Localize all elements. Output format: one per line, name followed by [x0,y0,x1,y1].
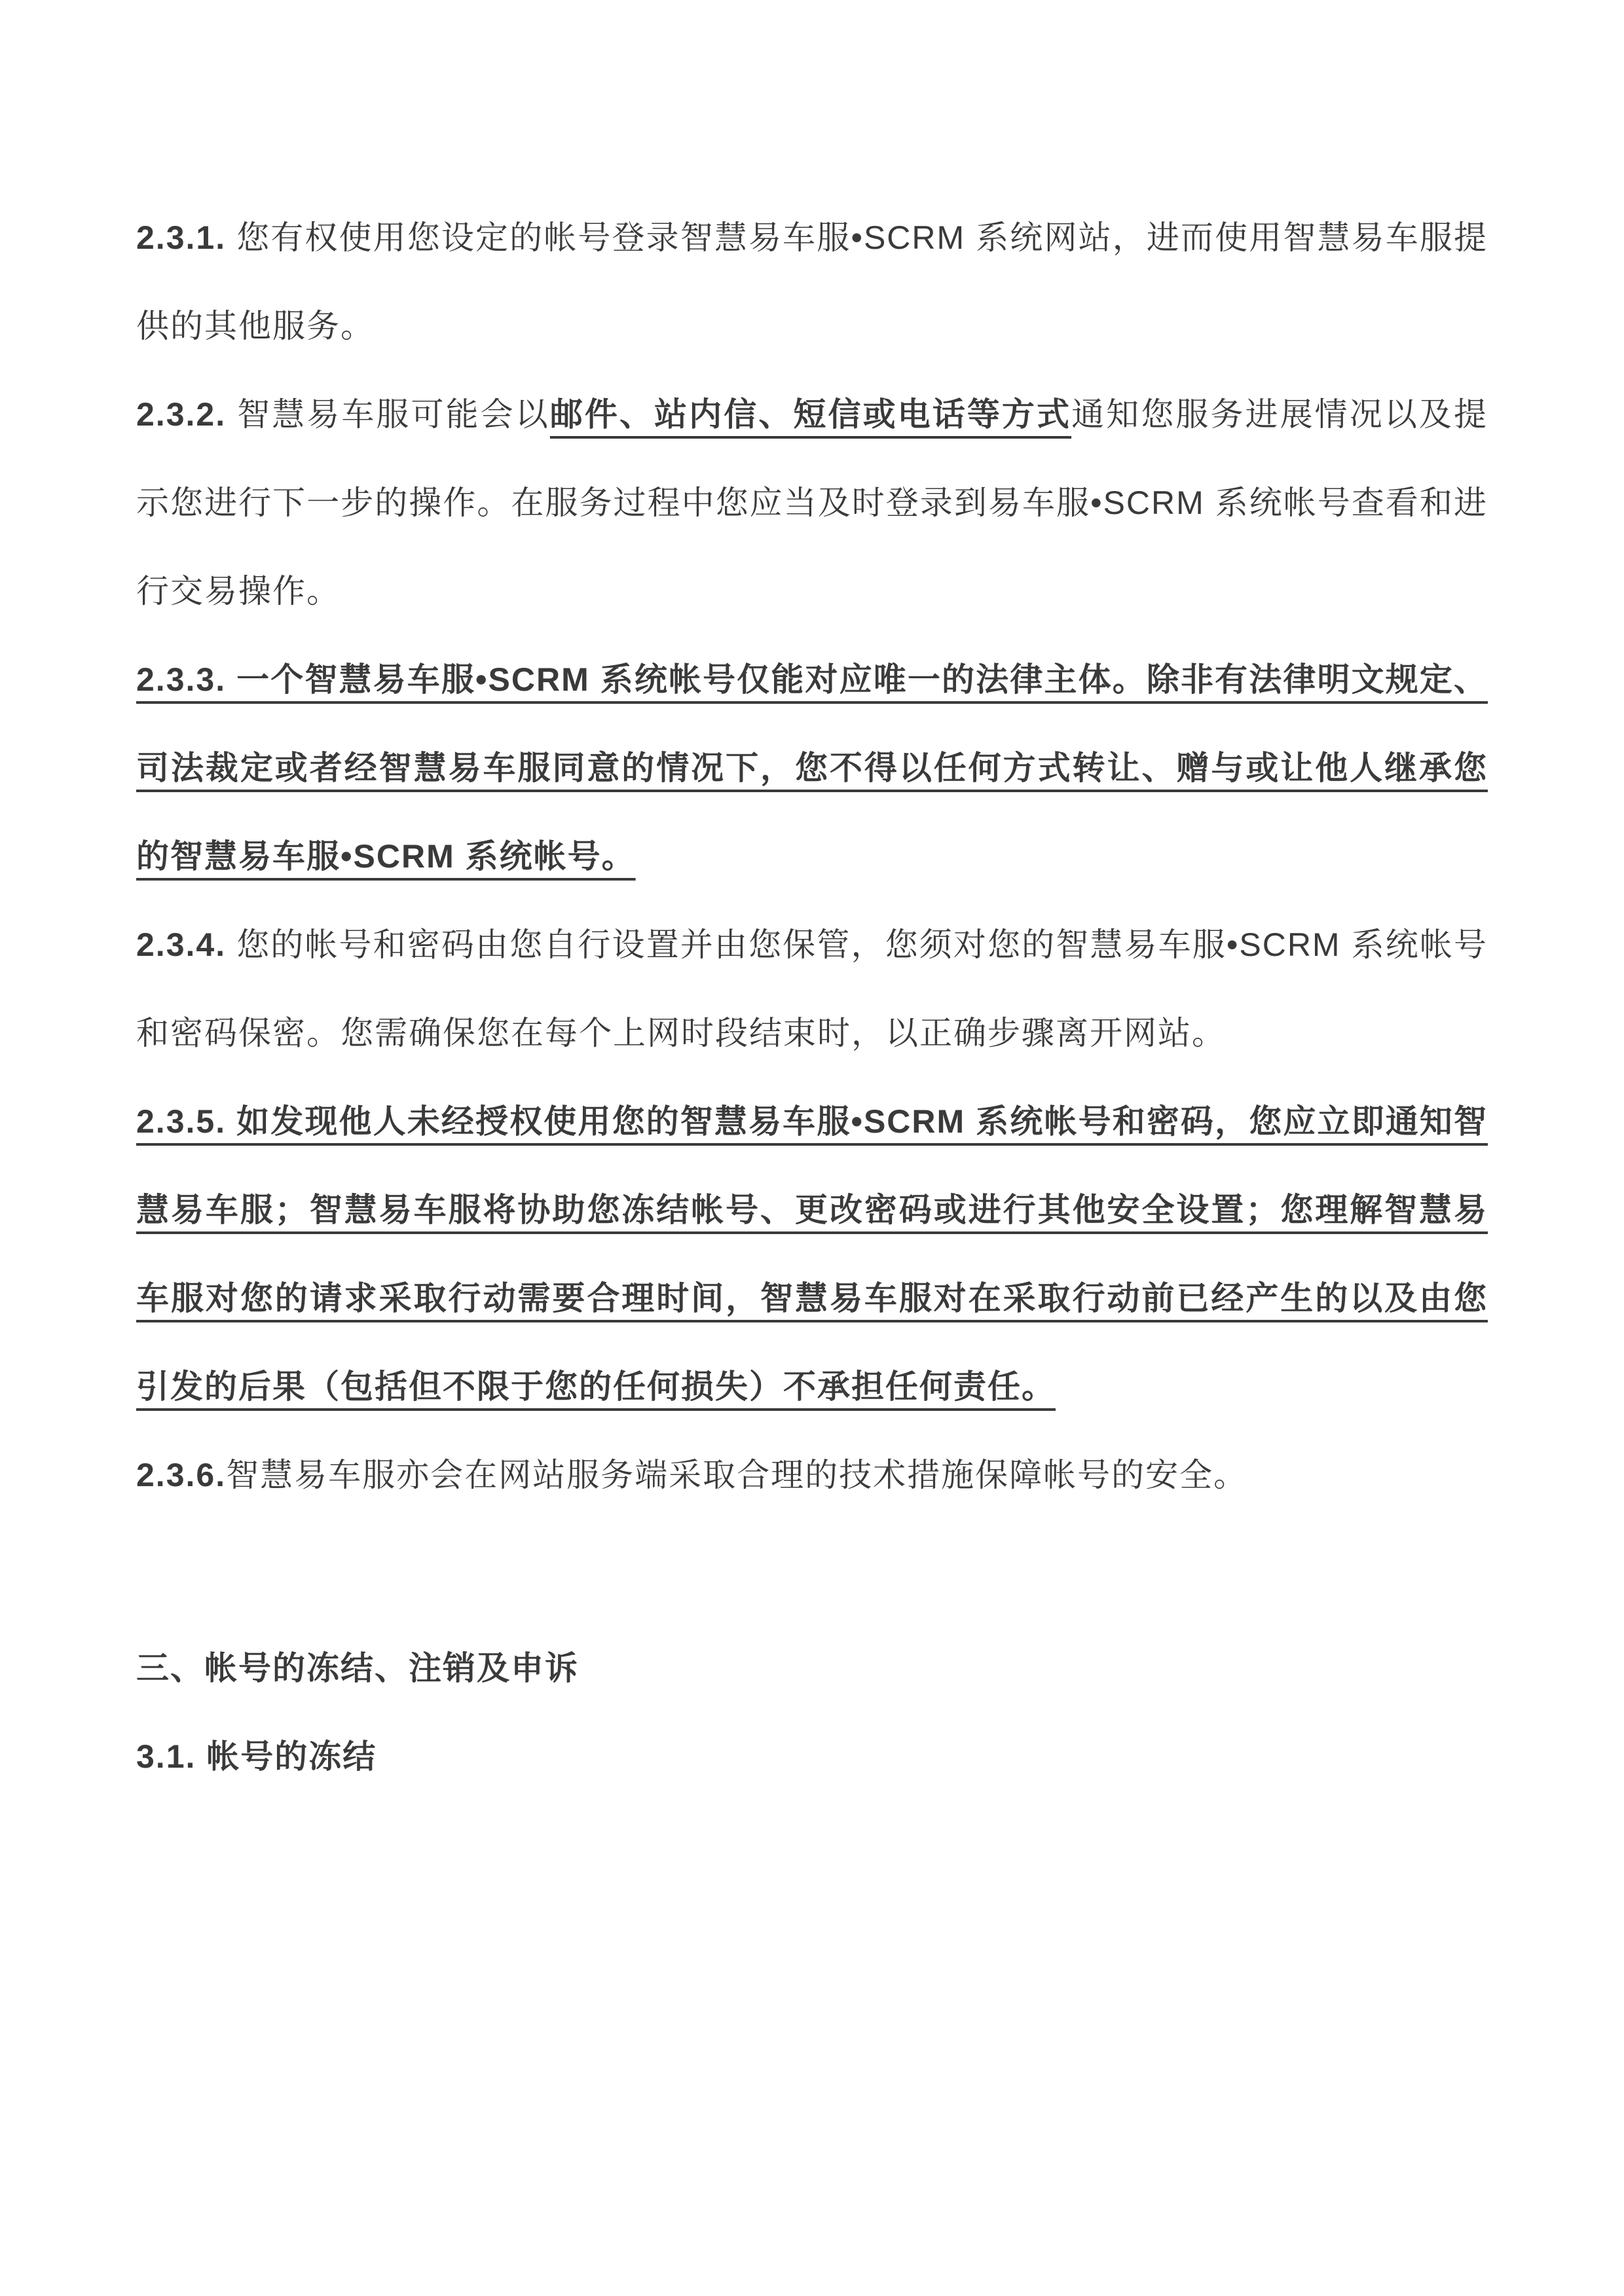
text-run: 您有权使用您设定的帐号登录智慧易车服•SCRM 系统网站，进而使用智慧易车服提供… [136,219,1488,344]
paragraph-clause-2-3-2: 2.3.2. 智慧易车服可能会以邮件、站内信、短信或电话等方式通知您服务进展情况… [136,371,1488,636]
text-run: 2.3.3. 一个智慧易车服•SCRM 系统帐号仅能对应唯一的法律主体。除非有法… [136,661,1488,875]
paragraph-clause-2-3-1: 2.3.1. 您有权使用您设定的帐号登录智慧易车服•SCRM 系统网站，进而使用… [136,194,1488,371]
text-run: 2.3.4. [136,926,236,963]
text-run: 2.3.2. [136,396,237,433]
text-run: 智慧易车服可能会以 [237,396,550,433]
paragraph-heading-3-1: 3.1. 帐号的冻结 [136,1713,1488,1801]
text-run: 2.3.6. [136,1457,226,1493]
paragraph-clause-2-3-3: 2.3.3. 一个智慧易车服•SCRM 系统帐号仅能对应唯一的法律主体。除非有法… [136,636,1488,901]
text-run: 邮件、站内信、短信或电话等方式 [550,396,1071,433]
document-body: 2.3.1. 您有权使用您设定的帐号登录智慧易车服•SCRM 系统网站，进而使用… [136,194,1488,1801]
paragraph-heading-section-3: 三、帐号的冻结、注销及申诉 [136,1624,1488,1713]
paragraph-clause-2-3-5: 2.3.5. 如发现他人未经授权使用您的智慧易车服•SCRM 系统帐号和密码，您… [136,1078,1488,1431]
text-run: 3.1. 帐号的冻结 [136,1738,377,1775]
text-run: 您的帐号和密码由您自行设置并由您保管，您须对您的智慧易车服•SCRM 系统帐号和… [136,926,1488,1051]
paragraph-clause-2-3-6: 2.3.6.智慧易车服亦会在网站服务端采取合理的技术措施保障帐号的安全。 [136,1431,1488,1520]
paragraph-clause-2-3-4: 2.3.4. 您的帐号和密码由您自行设置并由您保管，您须对您的智慧易车服•SCR… [136,901,1488,1078]
text-run: 三、帐号的冻结、注销及申诉 [136,1650,579,1686]
text-run: 2.3.1. [136,219,236,256]
paragraph-blank-line [136,1520,1488,1624]
text-run: 智慧易车服亦会在网站服务端采取合理的技术措施保障帐号的安全。 [226,1457,1247,1493]
text-run: 2.3.5. 如发现他人未经授权使用您的智慧易车服•SCRM 系统帐号和密码，您… [136,1103,1488,1405]
document-page: 2.3.1. 您有权使用您设定的帐号登录智慧易车服•SCRM 系统网站，进而使用… [0,0,1624,2296]
